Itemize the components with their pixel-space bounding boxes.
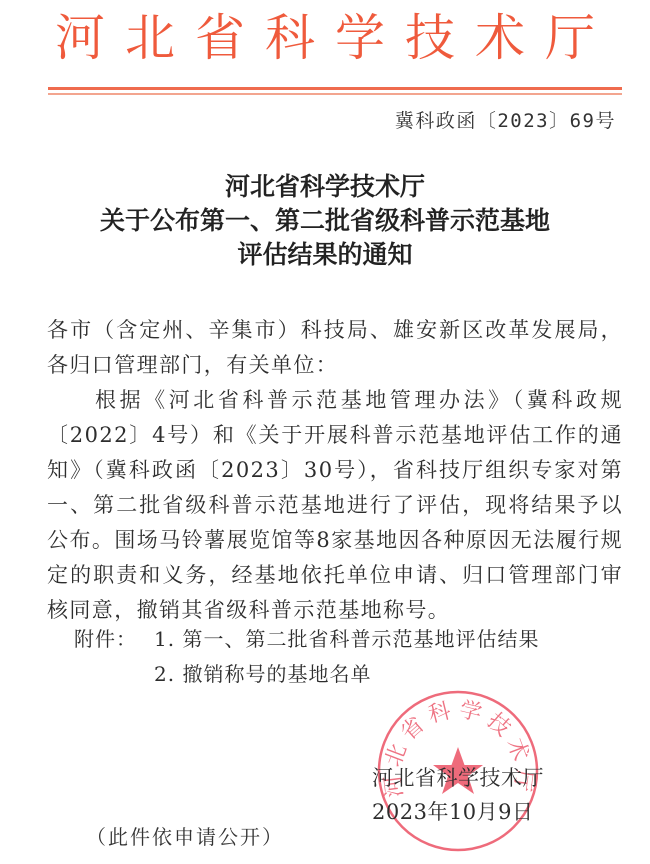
letterhead-rule-thin bbox=[48, 93, 622, 95]
addressee: 各市（含定州、辛集市）科技局、雄安新区改革发展局，各归口管理部门，有关单位： bbox=[47, 313, 623, 383]
title-line-1: 河北省科学技术厅 bbox=[0, 170, 650, 204]
attachment-item-2: 2. 撤销称号的基地名单 bbox=[74, 657, 539, 692]
document-title: 河北省科学技术厅 关于公布第一、第二批省级科普示范基地 评估结果的通知 bbox=[0, 170, 650, 272]
attachment-item-1: 1. 第一、第二批省科普示范基地评估结果 bbox=[154, 622, 539, 657]
body-paragraph: 根据《河北省科普示范基地管理办法》（冀科政规〔2022〕4号）和《关于开展科普示… bbox=[47, 383, 623, 628]
letterhead-title: 河北省科学技术厅 bbox=[0, 6, 650, 70]
attachments: 附件： 1. 第一、第二批省科普示范基地评估结果 2. 撤销称号的基地名单 bbox=[74, 622, 539, 692]
disclosure-note: （此件依申请公开） bbox=[86, 820, 284, 854]
title-line-3: 评估结果的通知 bbox=[0, 238, 650, 272]
document-body: 各市（含定州、辛集市）科技局、雄安新区改革发展局，各归口管理部门，有关单位： 根… bbox=[47, 313, 623, 628]
title-line-2: 关于公布第一、第二批省级科普示范基地 bbox=[0, 204, 650, 238]
signature-issuer: 河北省科学技术厅 bbox=[372, 761, 544, 795]
signature-date: 2023年10月9日 bbox=[372, 795, 534, 829]
document-number: 冀科政函〔2023〕69号 bbox=[395, 106, 616, 133]
letterhead-rule-thick bbox=[48, 87, 622, 90]
attachments-label: 附件： bbox=[74, 622, 154, 657]
